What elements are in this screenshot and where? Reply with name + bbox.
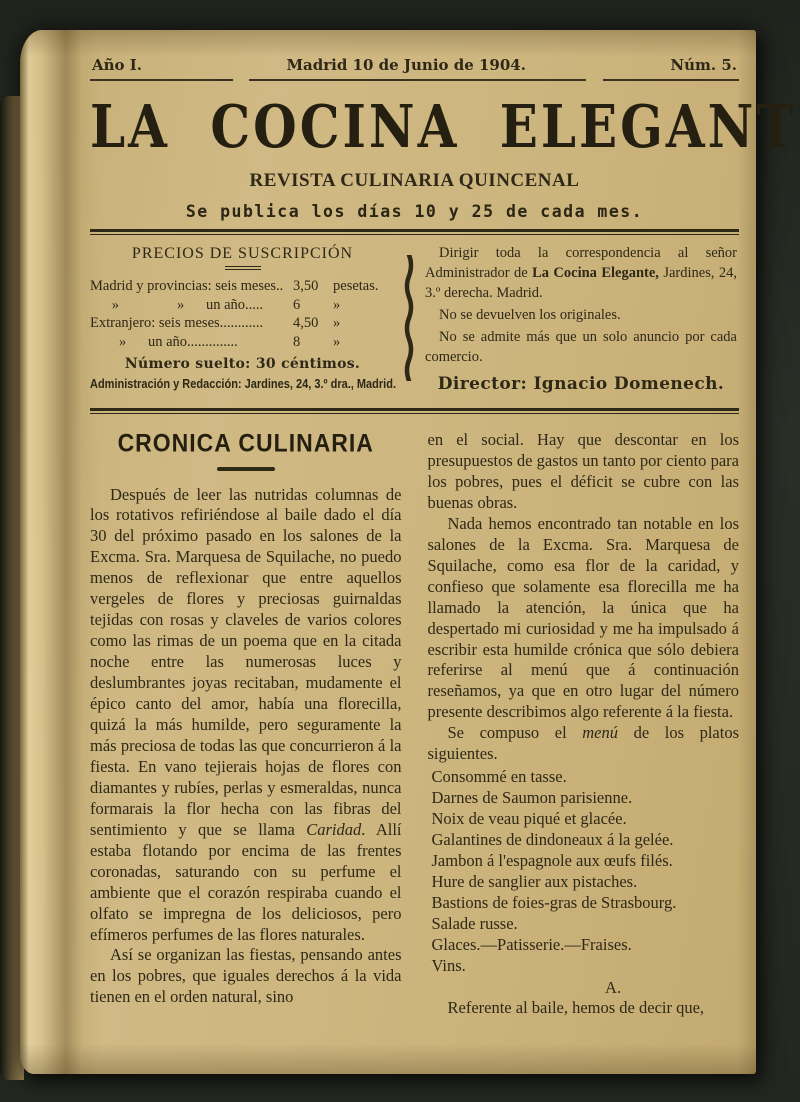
subscription-label: Extranjero: seis meses............ bbox=[90, 314, 293, 333]
notices-box: Dirigir toda la correspondencia al señor… bbox=[417, 241, 739, 394]
director-line: Director: Ignacio Domenech. bbox=[425, 374, 737, 394]
menu-item: Noix de veau piqué et glacée. bbox=[428, 809, 740, 830]
single-ad-notice: No se admite más que un solo anuncio por… bbox=[425, 327, 737, 367]
masthead-info-band: PRECIOS DE SUSCRIPCIÓN Madrid y provinci… bbox=[90, 235, 739, 400]
issue-header-rule bbox=[90, 79, 739, 81]
rule-segment-right bbox=[603, 79, 739, 81]
subscription-row: Extranjero: seis meses............ 4,50 … bbox=[90, 314, 395, 333]
author-signature: A. bbox=[428, 977, 740, 998]
issue-year: Año I. bbox=[92, 56, 142, 74]
paragraph-text: Se compuso el bbox=[448, 723, 583, 742]
correspondence-notice: Dirigir toda la correspondencia al señor… bbox=[425, 243, 737, 303]
paragraph-text: Después de leer las nutridas columnas de… bbox=[90, 485, 402, 839]
subscription-box: PRECIOS DE SUSCRIPCIÓN Madrid y provinci… bbox=[90, 241, 401, 394]
subscription-unit: pesetas. bbox=[333, 277, 395, 296]
subscription-row: » » un año..... 6 » bbox=[90, 296, 395, 315]
magazine-subtitle: REVISTA CULINARIA QUINCENAL bbox=[90, 170, 739, 192]
right-column: en el social. Hay que descontar en los p… bbox=[428, 430, 740, 1019]
subscription-price: 4,50 bbox=[293, 314, 333, 333]
article-paragraph: en el social. Hay que descontar en los p… bbox=[428, 430, 740, 514]
italic-word: Caridad bbox=[306, 820, 361, 839]
subscription-unit: » bbox=[333, 333, 395, 352]
subscription-price: 8 bbox=[293, 333, 333, 352]
subscription-heading: PRECIOS DE SUSCRIPCIÓN bbox=[90, 245, 395, 263]
article-columns: CRONICA CULINARIA Después de leer las nu… bbox=[90, 430, 739, 1019]
menu-item: Darnes de Saumon parisienne. bbox=[428, 788, 740, 809]
page-content: Año I. Madrid 10 de Junio de 1904. Núm. … bbox=[90, 56, 739, 1019]
issue-header-row: Año I. Madrid 10 de Junio de 1904. Núm. … bbox=[90, 56, 739, 74]
subscription-row: Madrid y provincias: seis meses.. 3,50 p… bbox=[90, 277, 395, 296]
menu-item: Glaces.—Patisserie.—Fraises. bbox=[428, 935, 740, 956]
subscription-row: » un año.............. 8 » bbox=[90, 333, 395, 352]
menu-item: Galantines de dindoneaux á la gelée. bbox=[428, 830, 740, 851]
brace-divider-icon bbox=[403, 255, 415, 381]
left-column: CRONICA CULINARIA Después de leer las nu… bbox=[90, 430, 402, 1019]
publication-schedule: Se publica los días 10 y 25 de cada mes. bbox=[90, 202, 739, 221]
subscription-unit: » bbox=[333, 296, 395, 315]
issue-number: Núm. 5. bbox=[670, 56, 737, 74]
heading-dash bbox=[217, 467, 275, 471]
double-rule-bottom bbox=[90, 408, 739, 414]
issue-date: Madrid 10 de Junio de 1904. bbox=[286, 56, 526, 74]
subscription-price: 6 bbox=[293, 296, 333, 315]
article-paragraph: Así se organizan las fiestas, pensando a… bbox=[90, 945, 402, 1008]
magazine-title: LA COCINA ELEGANTE bbox=[90, 92, 739, 162]
article-paragraph: Referente al baile, hemos de decir que, bbox=[428, 998, 740, 1019]
article-paragraph: Después de leer las nutridas columnas de… bbox=[90, 485, 402, 946]
menu-item: Consommé en tasse. bbox=[428, 767, 740, 788]
subscription-price: 3,50 bbox=[293, 277, 333, 296]
article-paragraph: Se compuso el menú de los platos siguien… bbox=[428, 723, 740, 765]
menu-item: Salade russe. bbox=[428, 914, 740, 935]
administration-address: Administración y Redacción: Jardines, 24… bbox=[90, 377, 358, 391]
menu-item: Vins. bbox=[428, 956, 740, 977]
menu-item: Bastions de foies-gras de Strasbourg. bbox=[428, 893, 740, 914]
no-returns-notice: No se devuelven los originales. bbox=[425, 305, 737, 325]
rule-segment-left bbox=[90, 79, 233, 81]
subscription-label: » » un año..... bbox=[90, 296, 293, 315]
magazine-page: Año I. Madrid 10 de Junio de 1904. Núm. … bbox=[20, 30, 756, 1074]
italic-word: menú bbox=[582, 723, 618, 742]
article-paragraph: Nada hemos encontrado tan notable en los… bbox=[428, 514, 740, 724]
subscription-label: » un año.............. bbox=[90, 333, 293, 352]
subscription-label: Madrid y provincias: seis meses.. bbox=[90, 277, 293, 296]
rule-segment-center bbox=[249, 79, 586, 81]
article-heading: CRONICA CULINARIA bbox=[90, 429, 402, 458]
menu-item: Hure de sanglier aux pistaches. bbox=[428, 872, 740, 893]
magazine-name-bold: La Cocina Elegante, bbox=[532, 265, 659, 281]
menu-item: Jambon á l'espagnole aux œufs filés. bbox=[428, 851, 740, 872]
heading-rule bbox=[225, 266, 261, 270]
single-issue-price: Número suelto: 30 céntimos. bbox=[90, 356, 395, 372]
brace-divider bbox=[401, 241, 417, 394]
subscription-unit: » bbox=[333, 314, 395, 333]
scanned-page-background: Año I. Madrid 10 de Junio de 1904. Núm. … bbox=[0, 0, 800, 1102]
